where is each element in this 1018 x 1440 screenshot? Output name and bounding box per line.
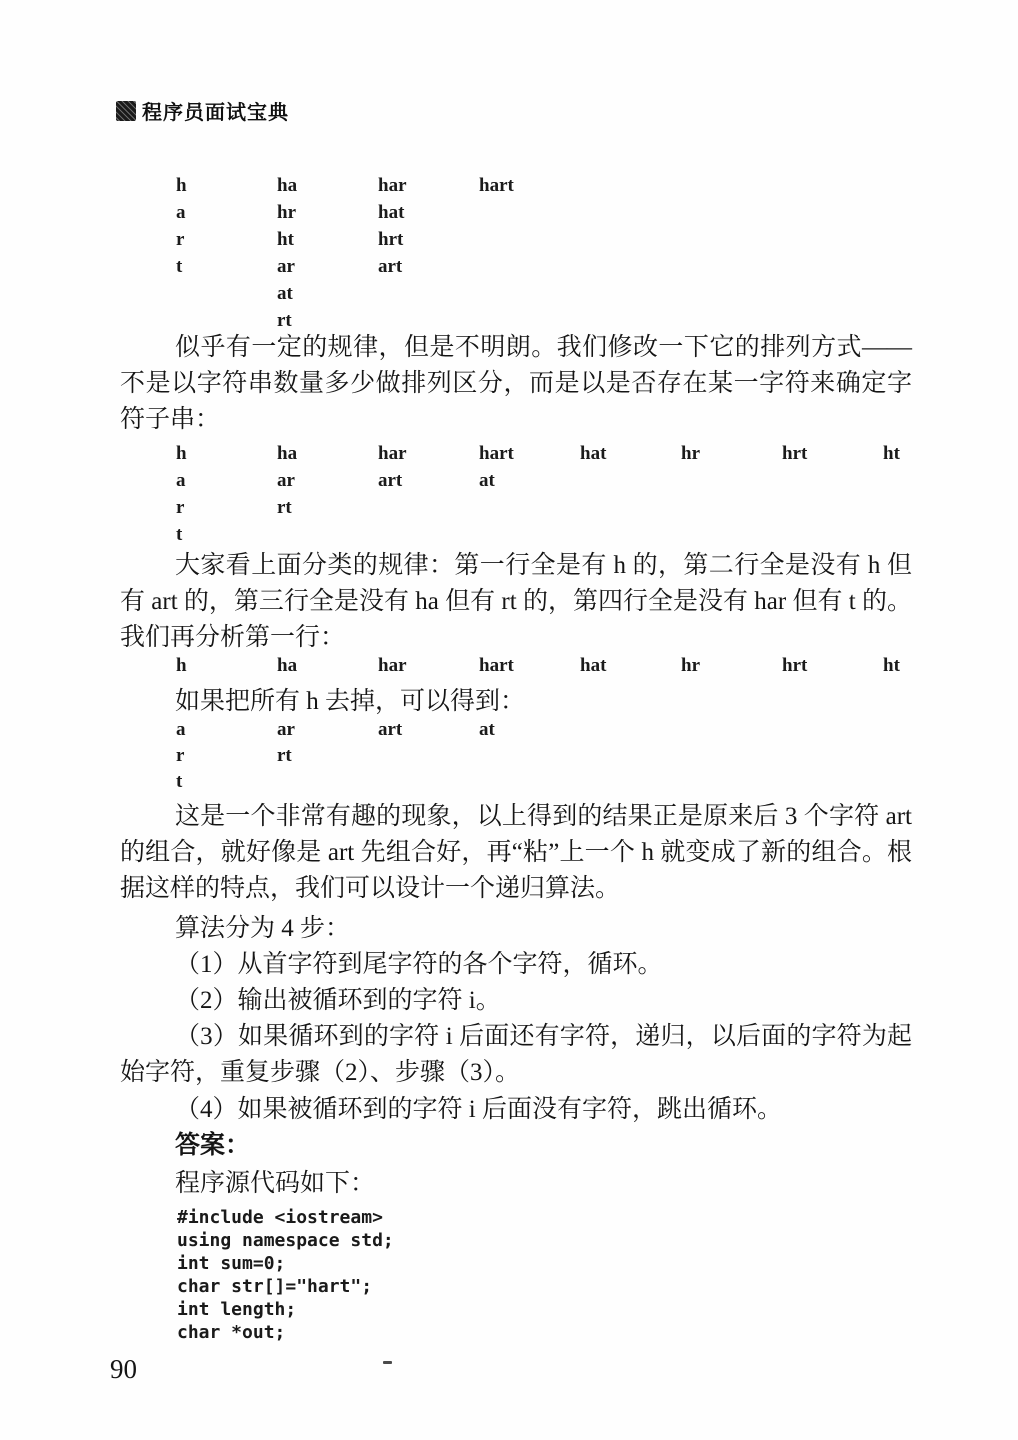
table-cell: hat [580,440,681,467]
table-cell: rt [277,494,378,521]
book-title: 程序员面试宝典 [142,96,289,125]
table-cell: at [277,280,378,307]
substring-table-h-removed: aarartat rrt t [176,717,580,795]
table-row: aarartat [176,717,580,743]
table-row: hhaharharthathrhrtht [176,440,984,467]
table-cell: at [479,467,580,494]
table-row: aarartat [176,467,984,494]
paragraph-row-analysis: 大家看上面分类的规律：第一行全是有 h 的，第二行全是没有 h 但有 art 的… [120,548,912,656]
table-cell: hr [681,440,782,467]
table-cell: hr [277,199,378,226]
line-code-intro: 程序源代码如下： [120,1166,375,1202]
table-cell: a [176,717,277,743]
source-code-block: #include <iostream> using namespace std;… [177,1206,394,1344]
publisher-logo-icon [116,101,136,121]
table-cell: ha [277,440,378,467]
table-cell: hrt [782,440,883,467]
table-row: rrt [176,494,984,521]
table-cell: ar [277,253,378,280]
table-cell: hart [479,440,580,467]
table-cell: at [479,717,580,743]
algorithm-step-3: （3）如果循环到的字符 i 后面还有字符，递归，以后面的字符为起始字符，重复步骤… [120,1019,912,1091]
table-cell: t [176,521,277,548]
table-cell: h [176,652,277,679]
page-number: 90 [110,1354,137,1385]
table-row: rhthrt [176,226,580,253]
book-page: 程序员面试宝典 hhaharhart ahrhat rhthrt tarart … [0,0,1018,1440]
table-cell: har [378,652,479,679]
table-cell: hat [378,199,479,226]
page-header: 程序员面试宝典 [116,96,289,125]
line-remove-h: 如果把所有 h 去掉，可以得到： [120,684,525,720]
code-line: char str[]="hart"; [177,1275,394,1298]
table-cell: t [176,769,277,795]
paragraph-recursion-insight: 这是一个非常有趣的现象，以上得到的结果正是原来后 3 个字符 art 的组合，就… [120,799,912,907]
table-cell: t [176,253,277,280]
table-cell: hr [681,652,782,679]
table-cell: art [378,717,479,743]
table-cell: h [176,172,277,199]
code-line: int length; [177,1298,394,1321]
table-cell: ha [277,652,378,679]
table-cell: art [378,467,479,494]
code-line: #include <iostream> [177,1206,394,1229]
table-cell: r [176,226,277,253]
table-row: hhaharharthathrhrtht [176,652,984,679]
algorithm-step-4: （4）如果被循环到的字符 i 后面没有字符，跳出循环。 [120,1092,912,1128]
substring-table-by-length: hhaharhart ahrhat rhthrt tarart at rt [176,172,580,334]
scan-artifact-dash [383,1361,392,1364]
table-cell: rt [277,743,378,769]
code-line: char *out; [177,1321,394,1344]
substring-table-by-char: hhaharharthathrhrtht aarartat rrt t [176,440,984,548]
table-cell: har [378,440,479,467]
table-cell: ha [277,172,378,199]
table-cell: a [176,199,277,226]
table-row: t [176,521,984,548]
table-cell: ar [277,717,378,743]
table-cell: ht [883,652,984,679]
table-cell: art [378,253,479,280]
table-cell: hrt [378,226,479,253]
table-row: tarart [176,253,580,280]
table-row: at [176,280,580,307]
algorithm-step-1: （1）从首字符到尾字符的各个字符，循环。 [120,947,912,983]
table-cell: ar [277,467,378,494]
substring-table-first-row: hhaharharthathrhrtht [176,652,984,679]
table-cell: r [176,743,277,769]
table-cell: a [176,467,277,494]
table-cell: har [378,172,479,199]
table-row: ahrhat [176,199,580,226]
table-cell: h [176,440,277,467]
algorithm-step-2: （2）输出被循环到的字符 i。 [120,983,912,1019]
table-cell: hrt [782,652,883,679]
code-line: using namespace std; [177,1229,394,1252]
table-cell: hat [580,652,681,679]
table-cell: ht [277,226,378,253]
table-row: rrt [176,743,580,769]
table-cell: r [176,494,277,521]
line-algorithm-intro: 算法分为 4 步： [120,911,350,947]
code-line: int sum=0; [177,1252,394,1275]
table-row: t [176,769,580,795]
table-cell: hart [479,172,580,199]
table-cell: ht [883,440,984,467]
answer-label: 答案： [120,1128,250,1164]
table-cell: hart [479,652,580,679]
paragraph-rule-observation: 似乎有一定的规律，但是不明朗。我们修改一下它的排列方式——不是以字符串数量多少做… [120,330,912,438]
table-row: hhaharhart [176,172,580,199]
